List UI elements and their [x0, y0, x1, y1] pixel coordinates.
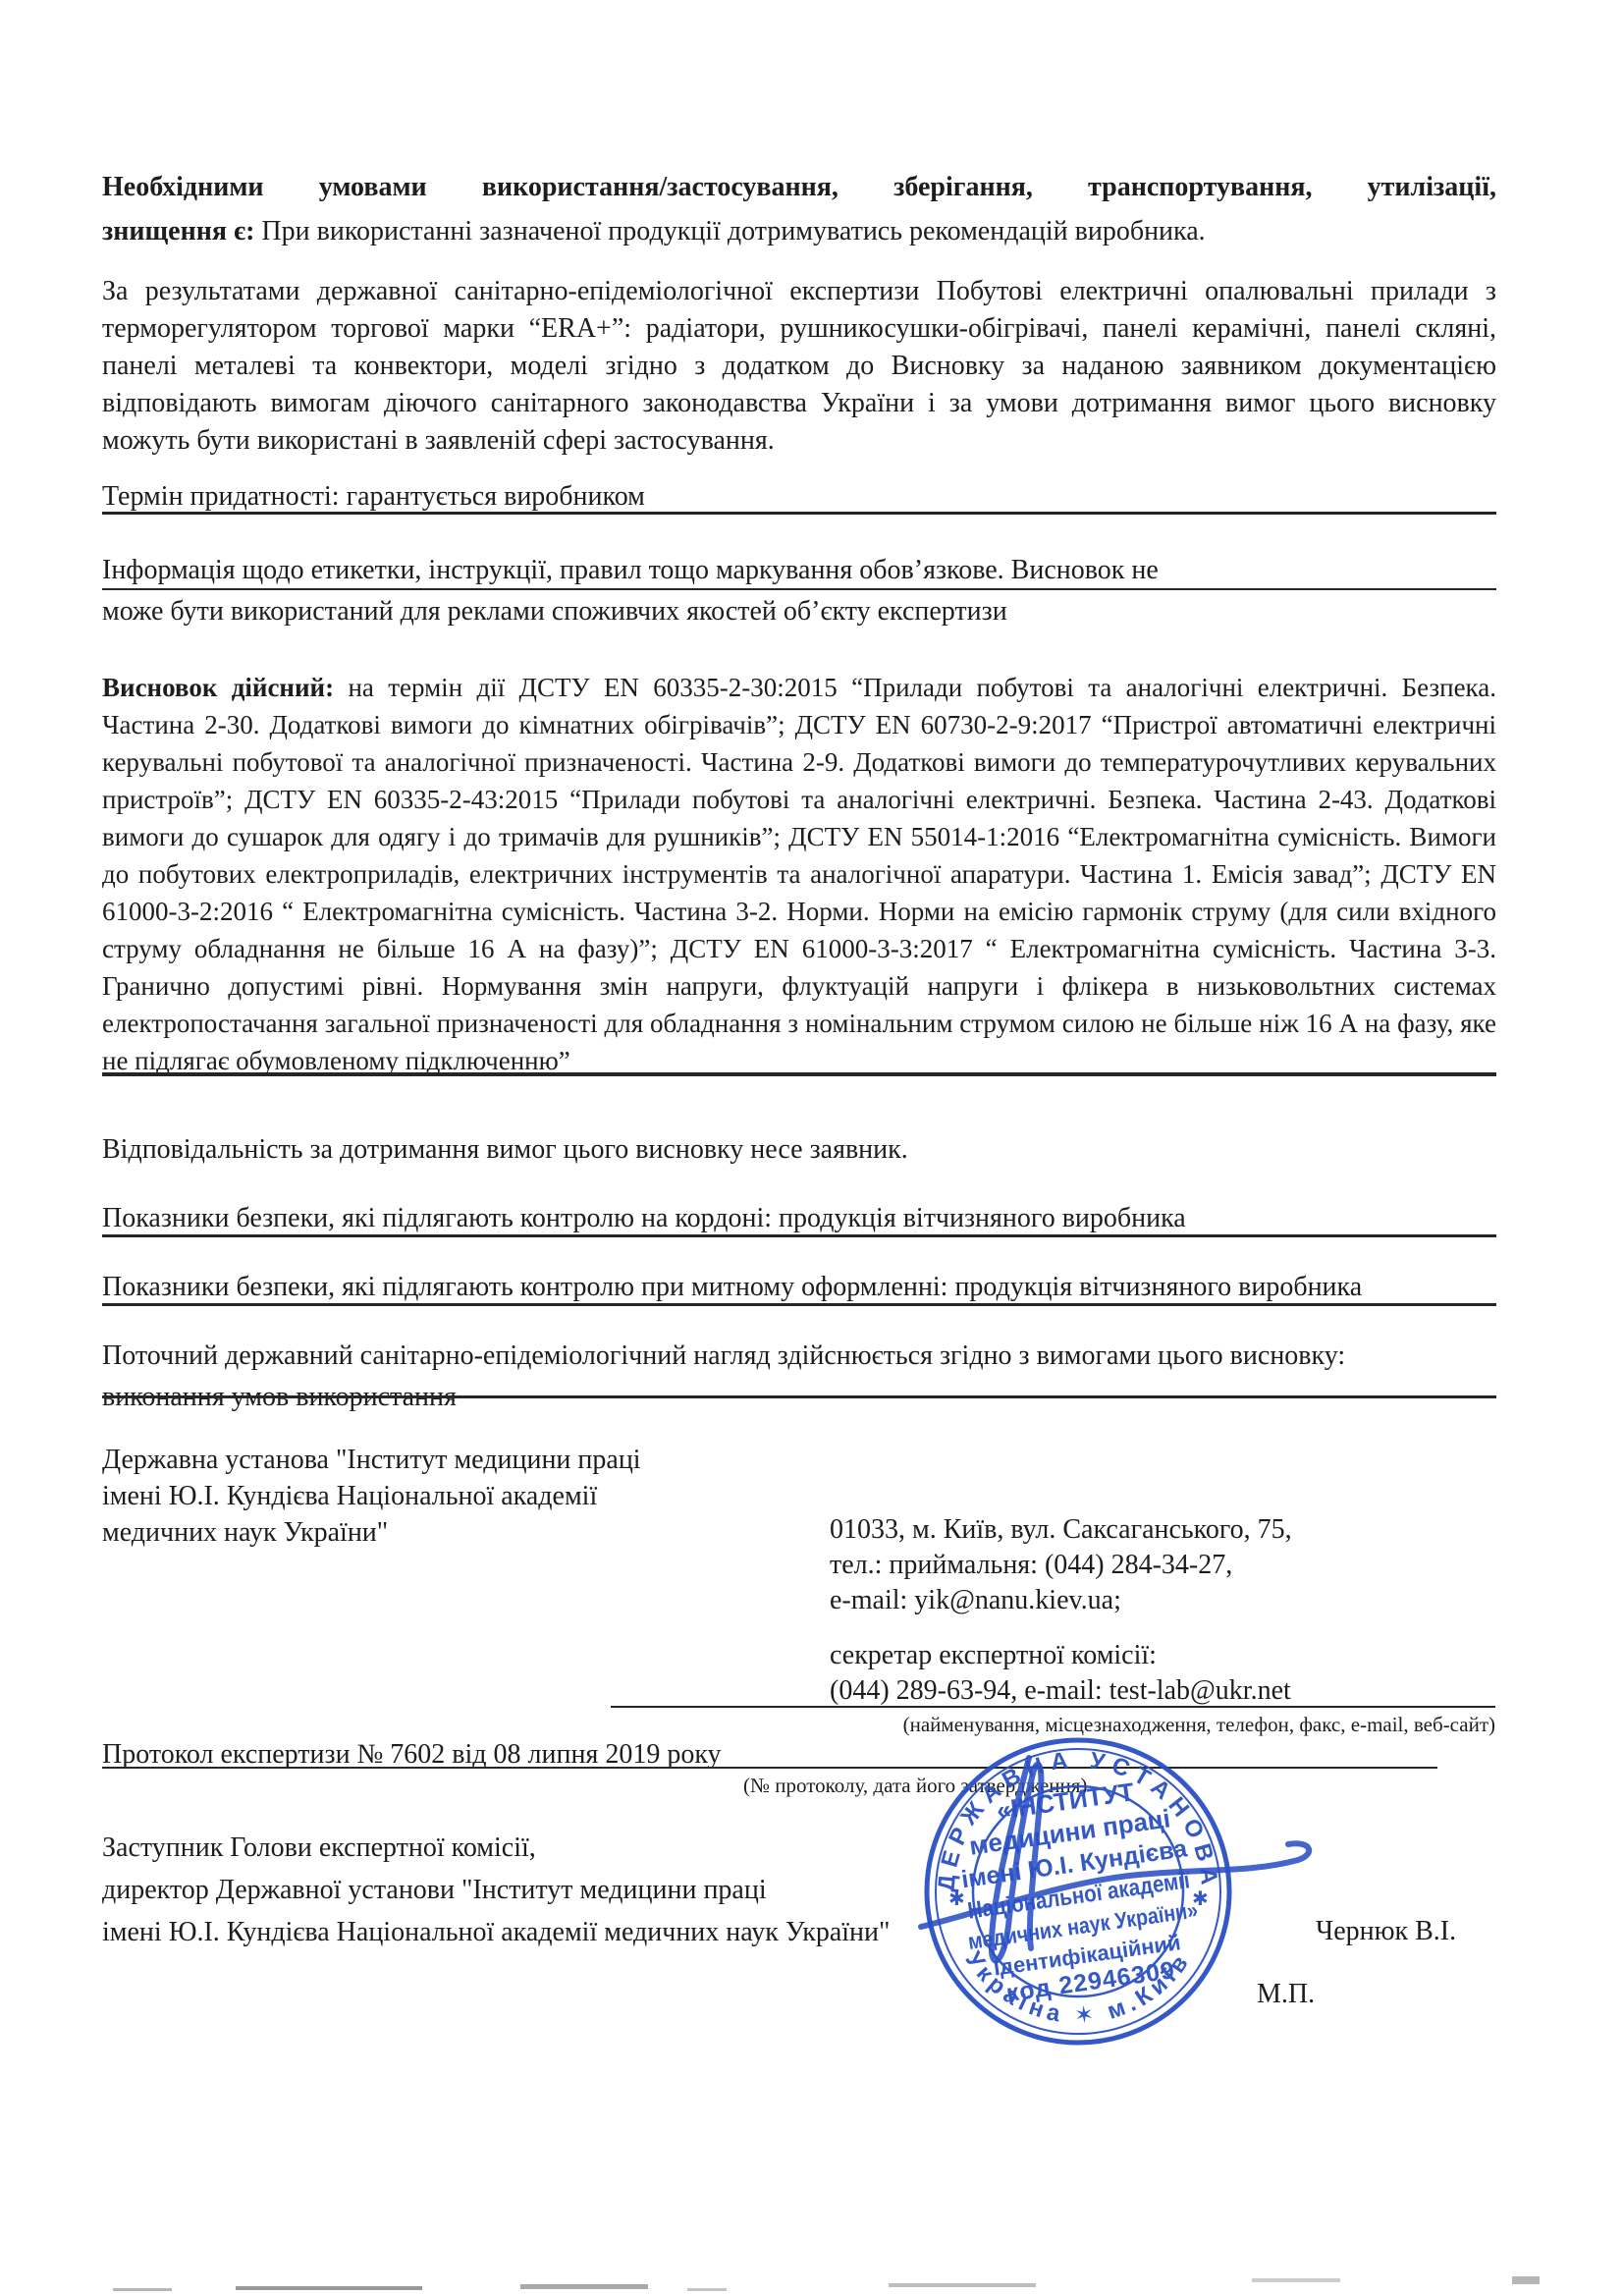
contact-email: e-mail: yik@nanu.kiev.ua; [830, 1583, 1517, 1618]
divider-line [102, 1072, 1496, 1076]
secretary-block: секретар експертної комісії: (044) 289-6… [830, 1638, 1517, 1709]
validity-lead: Висновок дійсний: [102, 673, 334, 702]
surveillance-line1: Поточний державний санітарно-епідеміолог… [102, 1336, 1496, 1377]
border-control-line: Показники безпеки, які підлягають контро… [102, 1200, 1496, 1237]
scan-artifact [520, 2284, 648, 2289]
contact-address: 01033, м. Київ, вул. Саксаганського, 75, [830, 1512, 1517, 1548]
conditions-line2-lead: знищення є: [102, 216, 254, 246]
contacts-block: 01033, м. Київ, вул. Саксаганського, 75,… [830, 1512, 1517, 1618]
scan-artifact [113, 2288, 172, 2291]
surveillance-block: Поточний державний санітарно-епідеміолог… [102, 1336, 1496, 1418]
conditions-line2-rest: При використанні зазначеної продукції до… [261, 216, 1205, 246]
signature-stroke [864, 1709, 1375, 2043]
shelf-life-line: Термін придатності: гарантується виробни… [102, 478, 1496, 516]
divider-line [102, 1395, 1496, 1398]
labeling-line2: може бути використаний для реклами спожи… [102, 593, 1496, 630]
institution-line2: імені Ю.І. Кундієва Національної академі… [102, 1478, 730, 1514]
expertise-result-paragraph: За результатами державної санітарно-епід… [102, 273, 1496, 460]
scan-artifact [1252, 2278, 1340, 2282]
labeling-block: Інформація щодо етикетки, інструкції, пр… [102, 552, 1496, 630]
scan-artifact [687, 2288, 727, 2291]
signature-loops [992, 1758, 1042, 1960]
scan-artifact [889, 2283, 1036, 2287]
divider-line [102, 588, 1496, 590]
secretary-contact: (044) 289-63-94, e-mail: test-lab@ukr.ne… [830, 1673, 1517, 1709]
scan-artifact [1512, 2276, 1540, 2284]
divider-line [102, 1303, 1496, 1306]
validity-text: на термін дії ДСТУ EN 60335-2-30:2015 “П… [102, 673, 1496, 1075]
signature-flourish [921, 1843, 1309, 1927]
conditions-line1: Необхідними умовами використання/застосу… [102, 165, 1496, 209]
scanned-document-page: Необхідними умовами використання/застосу… [0, 0, 1623, 2296]
divider-line [611, 1706, 1495, 1708]
institution-line3: медичних наук України" [102, 1514, 730, 1551]
divider-line [102, 1234, 1496, 1237]
customs-control-line: Показники безпеки, які підлягають контро… [102, 1269, 1496, 1306]
institution-block: Державна установа "Інститут медицини пра… [102, 1442, 730, 1551]
validity-paragraph: Висновок дійсний: на термін дії ДСТУ EN … [102, 669, 1496, 1079]
secretary-label: секретар експертної комісії: [830, 1638, 1517, 1673]
conditions-paragraph: Необхідними умовами використання/застосу… [102, 165, 1496, 253]
responsibility-line: Відповідальність за дотримання вимог цьо… [102, 1131, 1496, 1169]
scan-artifact [236, 2286, 422, 2290]
conditions-line2: знищення є: При використанні зазначеної … [102, 209, 1496, 253]
labeling-line1: Інформація щодо етикетки, інструкції, пр… [102, 552, 1496, 589]
contact-phone: тел.: приймальня: (044) 284-34-27, [830, 1548, 1517, 1583]
institution-line1: Державна установа "Інститут медицини пра… [102, 1442, 730, 1478]
divider-line [102, 512, 1496, 515]
